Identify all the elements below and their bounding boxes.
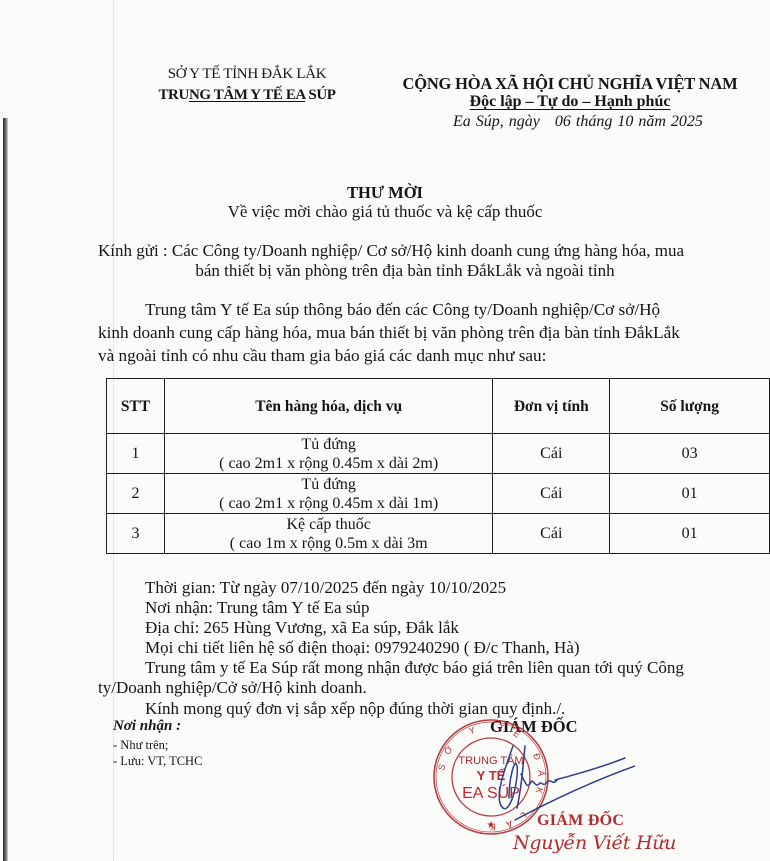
intro-line: Trung tâm Y tế Ea súp thông báo đến các … — [145, 300, 660, 320]
intro-line: kinh doanh cung cấp hàng hóa, mua bán th… — [98, 323, 680, 343]
header-unit: Đơn vị tính — [493, 379, 610, 434]
item-name: Kệ cấp thuốc — [165, 515, 492, 534]
item-spec: ( cao 2m1 x rộng 0.45m x dài 1m) — [165, 494, 492, 513]
org-name: TRUNG TÂM Y TẾ EA SÚP — [139, 87, 355, 104]
letter-subject: Về việc mời chào giá tủ thuốc và kệ cấp … — [0, 202, 770, 222]
national-title: CỘNG HÒA XÃ HỘI CHỦ NGHĨA VIỆT NAM — [380, 74, 760, 94]
item-spec: ( cao 2m1 x rộng 0.45m x dài 2m) — [165, 454, 492, 473]
closing-line: Kính mong quý đơn vị sắp xếp nộp đúng th… — [145, 699, 565, 719]
cell-unit: Cái — [493, 434, 610, 474]
table-row: 1 Tủ đứng( cao 2m1 x rộng 0.45m x dài 2m… — [107, 434, 770, 474]
detail-time: Thời gian: Từ ngày 07/10/2025 đến ngày 1… — [145, 578, 506, 598]
cell-item-name: Tủ đứng( cao 2m1 x rộng 0.45m x dài 2m) — [164, 434, 492, 474]
cell-stt: 1 — [107, 434, 165, 474]
item-name: Tủ đứng — [165, 475, 492, 494]
recipients-label: Nơi nhận : — [113, 718, 181, 735]
cell-quantity: 01 — [610, 474, 770, 514]
header-stt: STT — [107, 379, 165, 434]
items-table: STT Tên hàng hóa, dịch vụ Đơn vị tính Số… — [106, 378, 770, 554]
org-name-suffix: SÚP — [305, 87, 336, 103]
header-quantity: Số lượng — [610, 379, 770, 434]
cell-quantity: 03 — [610, 434, 770, 474]
recipient-item: - Lưu: VT, TCHC — [113, 754, 202, 769]
recipient-item: - Như trên; — [113, 738, 168, 753]
table-header-row: STT Tên hàng hóa, dịch vụ Đơn vị tính Số… — [107, 379, 770, 434]
item-name: Tủ đứng — [165, 435, 492, 454]
header-item-name: Tên hàng hóa, dịch vụ — [164, 379, 492, 434]
org-name-underlined: NG TÂM Y TẾ EA — [189, 87, 305, 103]
org-parent: SỞ Y TẾ TỈNH ĐẮK LẮK — [139, 66, 355, 83]
closing-line: ty/Doanh nghiệp/Cở sở/Hộ kinh doanh. — [98, 678, 367, 698]
addressee-line: bán thiết bị văn phòng trên địa bàn tỉnh… — [0, 261, 770, 281]
cell-stt: 3 — [107, 514, 165, 554]
scan-page-edge — [3, 118, 8, 861]
item-spec: ( cao 1m x rộng 0.5m x dài 3m — [165, 534, 492, 553]
issue-date: Ea Súp, ngày 06 tháng 10 năm 2025 — [453, 113, 703, 131]
cell-unit: Cái — [493, 474, 610, 514]
closing-line: Trung tâm y tế Ea Súp rất mong nhận được… — [145, 658, 684, 678]
cell-item-name: Kệ cấp thuốc( cao 1m x rộng 0.5m x dài 3… — [164, 514, 492, 554]
national-motto: Độc lập – Tự do – Hạnh phúc — [380, 93, 760, 111]
cell-item-name: Tủ đứng( cao 2m1 x rộng 0.45m x dài 1m) — [164, 474, 492, 514]
table-row: 2 Tủ đứng( cao 2m1 x rộng 0.45m x dài 1m… — [107, 474, 770, 514]
date-day: 06 — [555, 113, 571, 130]
cell-quantity: 01 — [610, 514, 770, 554]
director-name: Nguyễn Viết Hữu — [513, 832, 676, 854]
cell-stt: 2 — [107, 474, 165, 514]
detail-address: Địa chỉ: 265 Hùng Vương, xã Ea súp, Đắk … — [145, 618, 459, 638]
date-month: tháng 10 — [576, 113, 633, 130]
detail-contact: Mọi chi tiết liên hệ số điện thoại: 0979… — [145, 638, 580, 658]
addressee-line: Kính gửi : Các Công ty/Doanh nghiệp/ Cơ … — [98, 241, 684, 261]
table-row: 3 Kệ cấp thuốc( cao 1m x rộng 0.5m x dài… — [107, 514, 770, 554]
intro-line: và ngoài tỉnh có nhu cầu tham gia báo gi… — [98, 346, 546, 366]
director-title-stamped: GIÁM ĐỐC — [537, 812, 624, 830]
cell-unit: Cái — [493, 514, 610, 554]
detail-receiver: Nơi nhận: Trung tâm Y tế Ea súp — [145, 598, 369, 618]
date-place: Ea Súp, ngày — [453, 113, 540, 130]
date-year: năm 2025 — [638, 113, 703, 130]
letter-title: THƯ MỜI — [0, 183, 770, 203]
org-name-prefix: TRU — [158, 87, 188, 103]
